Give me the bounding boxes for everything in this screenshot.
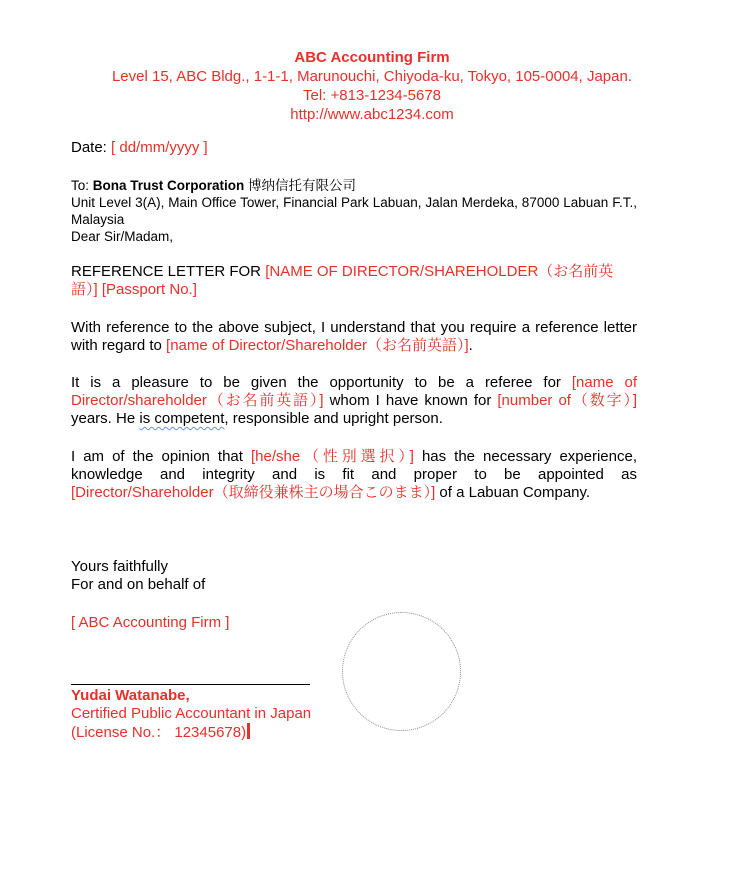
paragraph-text: years. He (71, 410, 139, 427)
signature-block: Yudai Watanabe, Certified Public Account… (71, 687, 311, 742)
paragraph-text: . (469, 337, 473, 354)
letterhead-tel: Tel: +813-1234-5678 (0, 86, 744, 105)
letterhead-firm-name: ABC Accounting Firm (0, 48, 744, 67)
paragraph-text: It is a pleasure to be given the opportu… (71, 374, 572, 391)
letterhead-address: Level 15, ABC Bldg., 1-1-1, Marunouchi, … (0, 67, 744, 86)
closing-line-2: For and on behalf of (71, 576, 637, 594)
letterhead-website: http://www.abc1234.com (0, 105, 744, 124)
license-text: (License No.： 12345678) (71, 724, 246, 741)
years-placeholder[interactable]: [number of（数字）] (497, 392, 637, 409)
recipient-block: To: Bona Trust Corporation 博纳信托有限公司 Unit… (71, 177, 637, 245)
recipient-company-cjk: 博纳信托有限公司 (244, 178, 356, 193)
signatory-name: Yudai Watanabe, (71, 687, 311, 705)
paragraph-1: With reference to the above subject, I u… (71, 319, 637, 355)
closing-block: Yours faithfully For and on behalf of (71, 558, 637, 594)
gender-placeholder[interactable]: [he/she（性別選択）] (251, 448, 414, 465)
role-placeholder[interactable]: [Director/Shareholder（取締役兼株主の場合このまま）] (71, 484, 435, 501)
paragraph-text: , responsible and upright person. (224, 410, 442, 427)
text-cursor (247, 723, 250, 739)
signature-line (71, 684, 310, 685)
date-placeholder[interactable]: [ dd/mm/yyyy ] (111, 139, 208, 156)
grammar-flagged-text[interactable]: is competent (139, 410, 224, 427)
subject-line: REFERENCE LETTER FOR [NAME OF DIRECTOR/S… (71, 263, 637, 299)
paragraph-3: I am of the opinion that [he/she（性別選択）] … (71, 448, 637, 502)
paragraph-text: whom I have known for (324, 392, 498, 409)
firm-placeholder[interactable]: [ ABC Accounting Firm ] (71, 614, 637, 632)
signatory-title: Certified Public Accountant in Japan (71, 705, 311, 723)
paragraph-text: of a Labuan Company. (435, 484, 590, 501)
seal-placeholder-circle (342, 612, 461, 731)
subject-prefix: REFERENCE LETTER FOR (71, 263, 265, 280)
recipient-address: Unit Level 3(A), Main Office Tower, Fina… (71, 194, 637, 228)
recipient-line: To: Bona Trust Corporation 博纳信托有限公司 (71, 177, 637, 194)
date-label: Date: (71, 139, 111, 156)
closing-line-1: Yours faithfully (71, 558, 637, 576)
paragraph-2: It is a pleasure to be given the opportu… (71, 374, 637, 428)
name-placeholder[interactable]: [name of Director/Shareholder（お名前英語）] (166, 337, 469, 354)
paragraph-text: I am of the opinion that (71, 448, 251, 465)
recipient-company: Bona Trust Corporation (93, 178, 245, 193)
salutation: Dear Sir/Madam, (71, 228, 637, 245)
to-label: To: (71, 178, 93, 193)
date-line: Date: [ dd/mm/yyyy ] (71, 139, 637, 157)
signatory-license: (License No.： 12345678) (71, 723, 311, 742)
